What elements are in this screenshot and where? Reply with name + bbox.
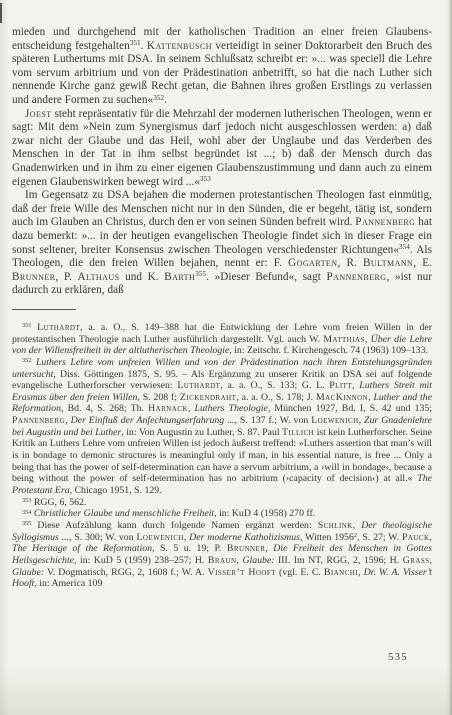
footnote-separator-rule [12,309,76,310]
superscript-marker: 351 [130,39,141,47]
text-segment: . »Dieser Befund«, sagt [206,271,326,283]
superscript-marker: 352 [153,94,164,102]
text-segment: , Wit­ten 1956 [300,532,354,543]
text-segment: (vgl. E. C. [276,567,324,578]
superscript-marker: 353 [22,497,31,504]
text-segment: Schlink [318,520,353,531]
text-segment: Bultmann [363,257,413,269]
text-segment: . [164,94,167,106]
body-text: mieden und durchgehend mit der katholisc… [12,26,432,298]
text-segment: , [188,403,195,414]
text-segment: , in: Von Augustin zu Luther, S. 87. Pau… [121,427,282,438]
footnote: 355 Diese Aufzählung kann durch folgende… [12,520,432,590]
text-segment: Pannenberg [12,415,65,426]
text-segment: Der Einfluß der An­fechtungserfahrung ..… [71,415,235,426]
superscript-marker: 355 [22,520,31,527]
text-segment: Christlicher Glaube und menschliche Frei… [34,508,214,519]
text-segment: Kattenbusch [147,40,212,52]
text-segment: , [353,520,361,531]
scanned-page: mieden und durchgehend mit der katholisc… [0,0,452,715]
text-segment: Luthardt [37,322,80,333]
footnotes-section: 351 Luthardt, a. a. O., S. 149–388 hat d… [12,322,432,590]
superscript-marker: 2 [354,532,357,539]
text-segment: Bianchi [324,567,358,578]
text-segment: , [430,555,432,566]
footnote: 354 Christlicher Glaube und menschliche … [12,508,432,520]
text-segment: Tillich [282,427,314,438]
text-segment: , a. a. O., S. 178; J. [236,392,316,403]
text-segment: Luthers Theologie [195,403,268,414]
text-segment: , a. a. O., S. 133; G. L. [220,380,329,391]
text-segment: , München 1927, Bd. I, S. 42 und 135; [268,403,432,414]
text-segment: , Bd. 4, S. 268; Th. [61,403,148,414]
text-segment: The Heritage of the Reformation [12,543,152,554]
text-segment: Luthardt [177,380,220,391]
text-segment: , P. [56,271,78,283]
text-segment: , S. 208 f; [137,392,180,403]
text-segment: , in: America 109 [34,578,102,589]
text-segment: V. Dogmatisch, RGG, 2, 1608 f.; W. A. [44,567,208,578]
text-segment: Joest [25,108,52,120]
body-paragraph: Joest steht repräsentativ für die Mehrza… [12,108,432,190]
text-segment: und K. [120,271,165,283]
text-column: mieden und durchgehend mit der katholisc… [12,26,432,590]
text-segment: , in: Zeitschr. f. Kirchengesch. 74 (196… [229,345,428,356]
text-segment: Pauck [402,532,430,543]
text-segment: MacKinnon [316,392,368,403]
text-segment: Pannenberg [355,216,415,228]
body-paragraph: Im Gegensatz zu DSA bejahen die modernen… [12,189,432,298]
superscript-marker: 355 [195,270,206,278]
text-segment: , E. [413,257,432,269]
text-segment: , S. 137 f.; W. von [234,415,311,426]
text-segment: Barth [164,271,195,283]
text-segment: Glaube: [12,567,44,578]
text-segment: , S. 5 u. 19; P. [152,543,227,554]
footnote: 351 Luthardt, a. a. O., S. 149–388 hat d… [12,322,432,357]
text-segment: Plitt [329,380,352,391]
text-segment: Brunner [12,271,56,283]
text-segment: Loewenich [311,415,358,426]
text-segment: , Chicago 1951, S. 129. [70,485,162,496]
text-segment: steht repräsentativ für die Mehrzahl der… [12,108,432,188]
text-segment: Harnack [148,403,188,414]
superscript-marker: 351 [22,322,31,329]
superscript-marker: 352 [22,357,31,364]
text-segment: Pannenberg [326,271,386,283]
body-paragraph: mieden und durchgehend mit der katholisc… [12,26,432,108]
text-segment: Diese Aufzählung kann durch folgende Nam… [31,520,317,531]
text-segment: , S. 300; W. von [69,532,136,543]
text-segment: , R. [338,257,363,269]
text-segment: Althaus [77,271,119,283]
text-segment: Brunner [227,543,265,554]
text-segment: , S. 27; W. [357,532,402,543]
text-segment: Grass [403,555,430,566]
text-segment: Visser’t Hooft [208,567,276,578]
text-segment: Loewenich [136,532,183,543]
footnote: 353 RGG, 6, 562. [12,497,432,509]
text-segment: Glaube: [242,555,274,566]
text-segment: Gogarten [288,257,337,269]
text-segment: Zickendraht [180,392,236,403]
text-segment: , in: KuD 4 (1958) 270 ff. [214,508,315,519]
superscript-marker: 353 [200,175,211,183]
page-number: 535 [388,651,408,663]
text-segment: Braun [208,555,237,566]
footnote: 352 Luthers Lehre vom unfreien Willen un… [12,357,432,497]
text-segment: RGG, 6, 562. [31,497,86,508]
text-segment: Der moderne Katholizismus [189,532,300,543]
superscript-marker: 354 [399,243,410,251]
text-segment: Mat­thias [323,334,364,345]
superscript-marker: 354 [22,509,31,516]
text-segment: III. Im NT, RGG, 2, 1596; H. [275,555,403,566]
text-segment: , [430,532,432,543]
scan-edge-mark [0,3,2,23]
text-segment: , in: KuD 5 (1959) 238–257; H. [74,555,208,566]
